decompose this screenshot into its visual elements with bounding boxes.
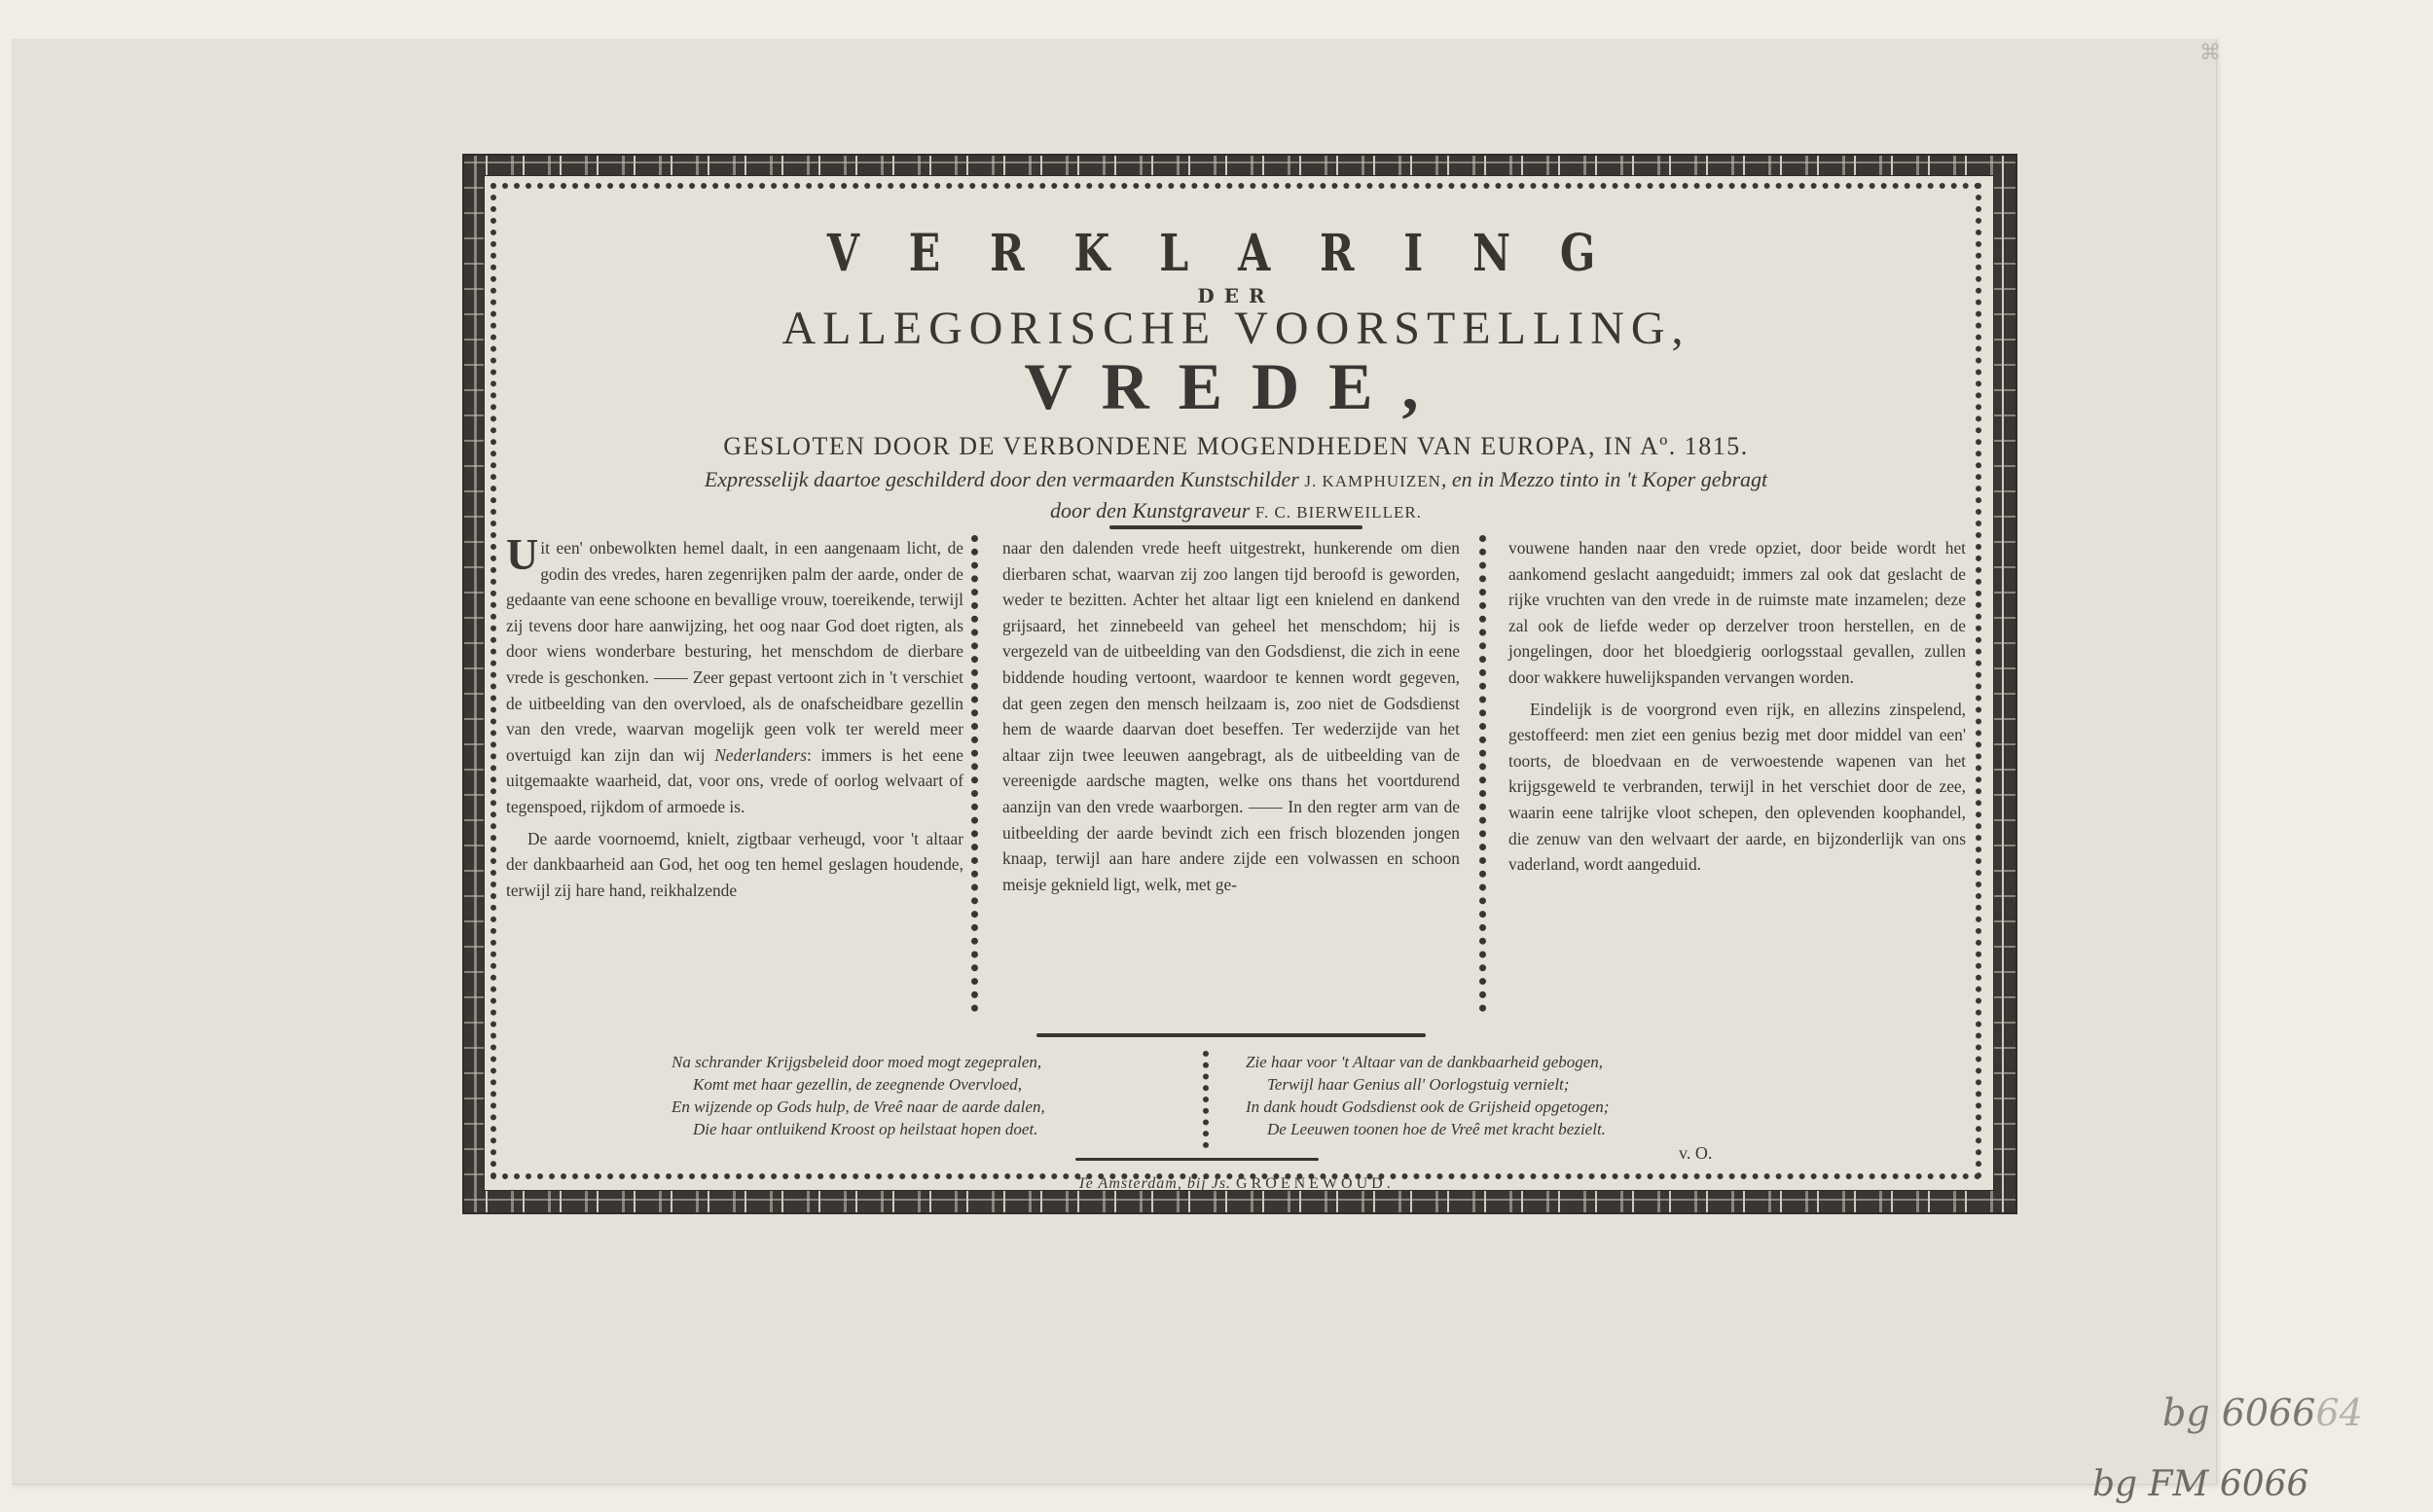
- credit-line-2: door den Kunstgraveur F. C. BIERWEILLER.: [506, 496, 1966, 527]
- column-separator: [971, 535, 986, 1012]
- text-column-3: vouwene handen naar den vrede opziet, do…: [1508, 535, 1966, 883]
- text-column-2: naar den dalenden vrede heeft uitgestrek…: [1002, 535, 1460, 903]
- signature: v. O.: [1679, 1143, 1712, 1164]
- imprint-prefix: Te Amsterdam, bij Js.: [1077, 1175, 1231, 1192]
- text-column-1: Uit een' onbewolkten hemel daalt, in een…: [506, 535, 963, 909]
- title-allegorische: ALLEGORISCHE VOORSTELLING,: [506, 302, 1966, 355]
- verse-separator: [1203, 1051, 1216, 1148]
- paragraph: vouwene handen naar den vrede opziet, do…: [1508, 535, 1966, 691]
- verse-line: En wijzende op Gods hulp, de Vreê naar d…: [672, 1096, 1045, 1118]
- handwritten-inventory-number: bg 606664: [2162, 1391, 2363, 1434]
- print-content: VERKLARING DER ALLEGORISCHE VOORSTELLING…: [506, 195, 1966, 1168]
- paragraph: naar den dalenden vrede heeft uitgestrek…: [1002, 535, 1460, 897]
- inventory-text-faint: 64: [2315, 1391, 2362, 1434]
- imprint: Te Amsterdam, bij Js. GROENEWOUD.: [506, 1175, 1966, 1193]
- credit-text: door den Kunstgraveur: [1050, 498, 1250, 522]
- credits: Expresselijk daartoe geschilderd door de…: [506, 465, 1966, 527]
- credit-text: Expresselijk daartoe geschilderd door de…: [705, 467, 1299, 491]
- title-verklaring: VERKLARING: [637, 224, 1834, 283]
- credit-line-1: Expresselijk daartoe geschilderd door de…: [506, 465, 1966, 496]
- publisher-name: GROENEWOUD.: [1236, 1175, 1395, 1192]
- credit-text: , en in Mezzo tinto in 't Koper gebragt: [1441, 467, 1767, 491]
- verse-left: Na schrander Krijgsbeleid door moed mogt…: [672, 1051, 1045, 1140]
- imprint-divider: [1075, 1158, 1319, 1161]
- title-vrede: VREDE,: [506, 348, 1966, 425]
- paragraph: Eindelijk is de voorgrond even rijk, en …: [1508, 697, 1966, 878]
- title-divider: [1109, 525, 1362, 529]
- verse-line: Komt met haar gezellin, de zeegnende Ove…: [672, 1073, 1045, 1096]
- verse-line: Die haar ontluikend Kroost op heilstaat …: [672, 1118, 1045, 1140]
- verse-line: Terwijl haar Genius all' Oorlogstuig ver…: [1246, 1073, 1609, 1096]
- inventory-text: bg 6066: [2162, 1391, 2315, 1434]
- painter-name: J. KAMPHUIZEN: [1304, 472, 1441, 490]
- paragraph: De aarde voornoemd, knielt, zigtbaar ver…: [506, 826, 963, 904]
- column-separator: [1479, 535, 1494, 1012]
- verse-line: De Leeuwen toonen hoe de Vreê met kracht…: [1246, 1118, 1609, 1140]
- verse-line: Na schrander Krijgsbeleid door moed mogt…: [672, 1051, 1045, 1073]
- paragraph-text: it een' onbewolkten hemel daalt, in een …: [506, 538, 963, 765]
- subtitle: GESLOTEN DOOR DE VERBONDENE MOGENDHEDEN …: [506, 432, 1966, 461]
- handwritten-inventory-number-2: bg FM 6066: [2092, 1464, 2308, 1504]
- verse-line: Zie haar voor 't Altaar van de dankbaarh…: [1246, 1051, 1609, 1073]
- verse-right: Zie haar voor 't Altaar van de dankbaarh…: [1246, 1051, 1609, 1140]
- engraver-name: F. C. BIERWEILLER.: [1255, 503, 1422, 522]
- italic-word: Nederlanders: [714, 745, 807, 765]
- verse-divider: [1036, 1033, 1426, 1037]
- paragraph: Uit een' onbewolkten hemel daalt, in een…: [506, 535, 963, 820]
- verse-line: In dank houdt Godsdienst ook de Grijshei…: [1246, 1096, 1609, 1118]
- drop-cap: U: [506, 535, 538, 574]
- corner-stamp-mark: ⌘: [2199, 41, 2221, 65]
